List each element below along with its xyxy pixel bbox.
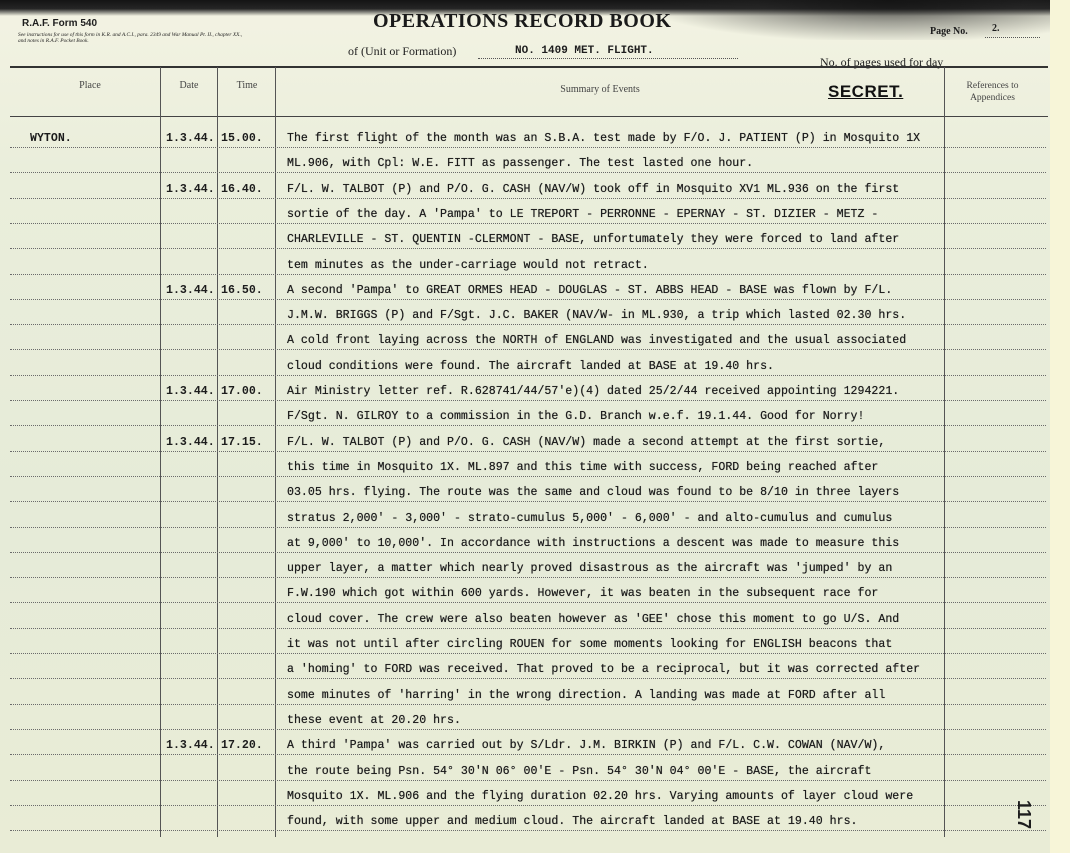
entry-summary: F.W.190 which got within 600 yards. Howe… (287, 587, 878, 600)
entry-summary: A third 'Pampa' was carried out by S/Ldr… (287, 739, 885, 752)
row-rule (10, 678, 1046, 679)
column-divider (160, 67, 161, 837)
header-rule-bottom (10, 116, 1048, 117)
entry-summary: A cold front laying across the NORTH of … (287, 334, 906, 347)
row-rule (10, 375, 1046, 376)
column-divider (944, 67, 945, 837)
row-rule (10, 552, 1046, 553)
entry-summary: F/L. W. TALBOT (P) and P/O. G. CASH (NAV… (287, 436, 885, 449)
entry-time: 17.00. (221, 385, 263, 398)
column-divider (275, 67, 276, 837)
row-rule (10, 754, 1046, 755)
entry-summary: Mosquito 1X. ML.906 and the flying durat… (287, 790, 913, 803)
entry-date: 1.3.44. (166, 739, 215, 752)
entry-summary: J.M.W. BRIGGS (P) and F/Sgt. J.C. BAKER … (287, 309, 906, 322)
secret-stamp: SECRET. (828, 82, 903, 102)
row-rule (10, 172, 1046, 173)
entry-summary: Air Ministry letter ref. R.628741/44/57'… (287, 385, 899, 398)
entry-time: 16.40. (221, 183, 263, 196)
column-header-date: Date (162, 80, 216, 91)
entry-summary: these event at 20.20 hrs. (287, 714, 461, 727)
row-rule (10, 830, 1046, 831)
entry-date: 1.3.44. (166, 385, 215, 398)
entry-summary: F/L. W. TALBOT (P) and P/O. G. CASH (NAV… (287, 183, 899, 196)
entry-time: 15.00. (221, 132, 263, 145)
row-rule (10, 451, 1046, 452)
page-margin (1050, 0, 1070, 853)
entry-summary: at 9,000' to 10,000'. In accordance with… (287, 537, 899, 550)
row-rule (10, 147, 1046, 148)
row-rule (10, 602, 1046, 603)
entry-summary: upper layer, a matter which nearly prove… (287, 562, 892, 575)
form-number: R.A.F. Form 540 (22, 18, 97, 29)
entry-time: 17.15. (221, 436, 263, 449)
entry-summary: a 'homing' to FORD was received. That pr… (287, 663, 920, 676)
row-rule (10, 476, 1046, 477)
entry-summary: sortie of the day. A 'Pampa' to LE TREPO… (287, 208, 878, 221)
unit-value: NO. 1409 MET. FLIGHT. (515, 45, 654, 57)
entry-summary: CHARLEVILLE - ST. QUENTIN -CLERMONT - BA… (287, 233, 899, 246)
entry-summary: stratus 2,000' - 3,000' - strato-cumulus… (287, 512, 892, 525)
entry-date: 1.3.44. (166, 284, 215, 297)
entry-summary: cloud conditions were found. The aircraf… (287, 360, 774, 373)
row-rule (10, 400, 1046, 401)
entry-summary: ML.906, with Cpl: W.E. FITT as passenger… (287, 157, 753, 170)
row-rule (10, 577, 1046, 578)
entry-summary: the route being Psn. 54° 30'N 06° 00'E -… (287, 765, 871, 778)
page-number-label: Page No. (930, 26, 968, 37)
row-rule (10, 425, 1046, 426)
entry-summary: some minutes of 'harring' in the wrong d… (287, 689, 885, 702)
entry-summary: this time in Mosquito 1X. ML.897 and thi… (287, 461, 878, 474)
row-rule (10, 248, 1046, 249)
entry-date: 1.3.44. (166, 183, 215, 196)
column-header-place: Place (60, 80, 120, 91)
entry-summary: F/Sgt. N. GILROY to a commission in the … (287, 410, 864, 423)
column-header-time: Time (219, 80, 275, 91)
header-rule-top (10, 66, 1048, 68)
unit-label: of (Unit or Formation) (348, 44, 456, 59)
row-rule (10, 349, 1046, 350)
entry-time: 16.50. (221, 284, 263, 297)
row-rule (10, 729, 1046, 730)
column-header-references: References to Appendices (955, 80, 1030, 104)
unit-underline (478, 58, 738, 59)
row-rule (10, 780, 1046, 781)
row-rule (10, 527, 1046, 528)
entry-time: 17.20. (221, 739, 263, 752)
page-number-underline (985, 37, 1040, 38)
entry-summary: found, with some upper and medium cloud.… (287, 815, 858, 828)
row-rule (10, 805, 1046, 806)
page-number-value: 2. (992, 23, 1000, 34)
row-rule (10, 628, 1046, 629)
entry-summary: it was not until after circling ROUEN fo… (287, 638, 892, 651)
page-title: OPERATIONS RECORD BOOK (373, 10, 671, 33)
row-rule (10, 501, 1046, 502)
column-header-summary: Summary of Events (500, 84, 700, 95)
row-rule (10, 223, 1046, 224)
scan-shadow-corner (650, 0, 1050, 40)
record-page: R.A.F. Form 540 See instructions for use… (0, 0, 1050, 853)
entry-summary: tem minutes as the under-carriage would … (287, 259, 649, 272)
row-rule (10, 324, 1046, 325)
row-rule (10, 299, 1046, 300)
entry-date: 1.3.44. (166, 132, 215, 145)
entry-summary: 03.05 hrs. flying. The route was the sam… (287, 486, 899, 499)
row-rule (10, 198, 1046, 199)
entry-place: WYTON. (30, 132, 72, 145)
row-rule (10, 704, 1046, 705)
entry-summary: A second 'Pampa' to GREAT ORMES HEAD - D… (287, 284, 892, 297)
row-rule (10, 653, 1046, 654)
entry-date: 1.3.44. (166, 436, 215, 449)
row-rule (10, 274, 1046, 275)
column-divider (217, 67, 218, 837)
form-instructions: See instructions for use of this form in… (18, 32, 248, 45)
entry-summary: The first flight of the month was an S.B… (287, 132, 920, 145)
entry-summary: cloud cover. The crew were also beaten h… (287, 613, 899, 626)
side-page-number: 117 (1013, 800, 1034, 829)
